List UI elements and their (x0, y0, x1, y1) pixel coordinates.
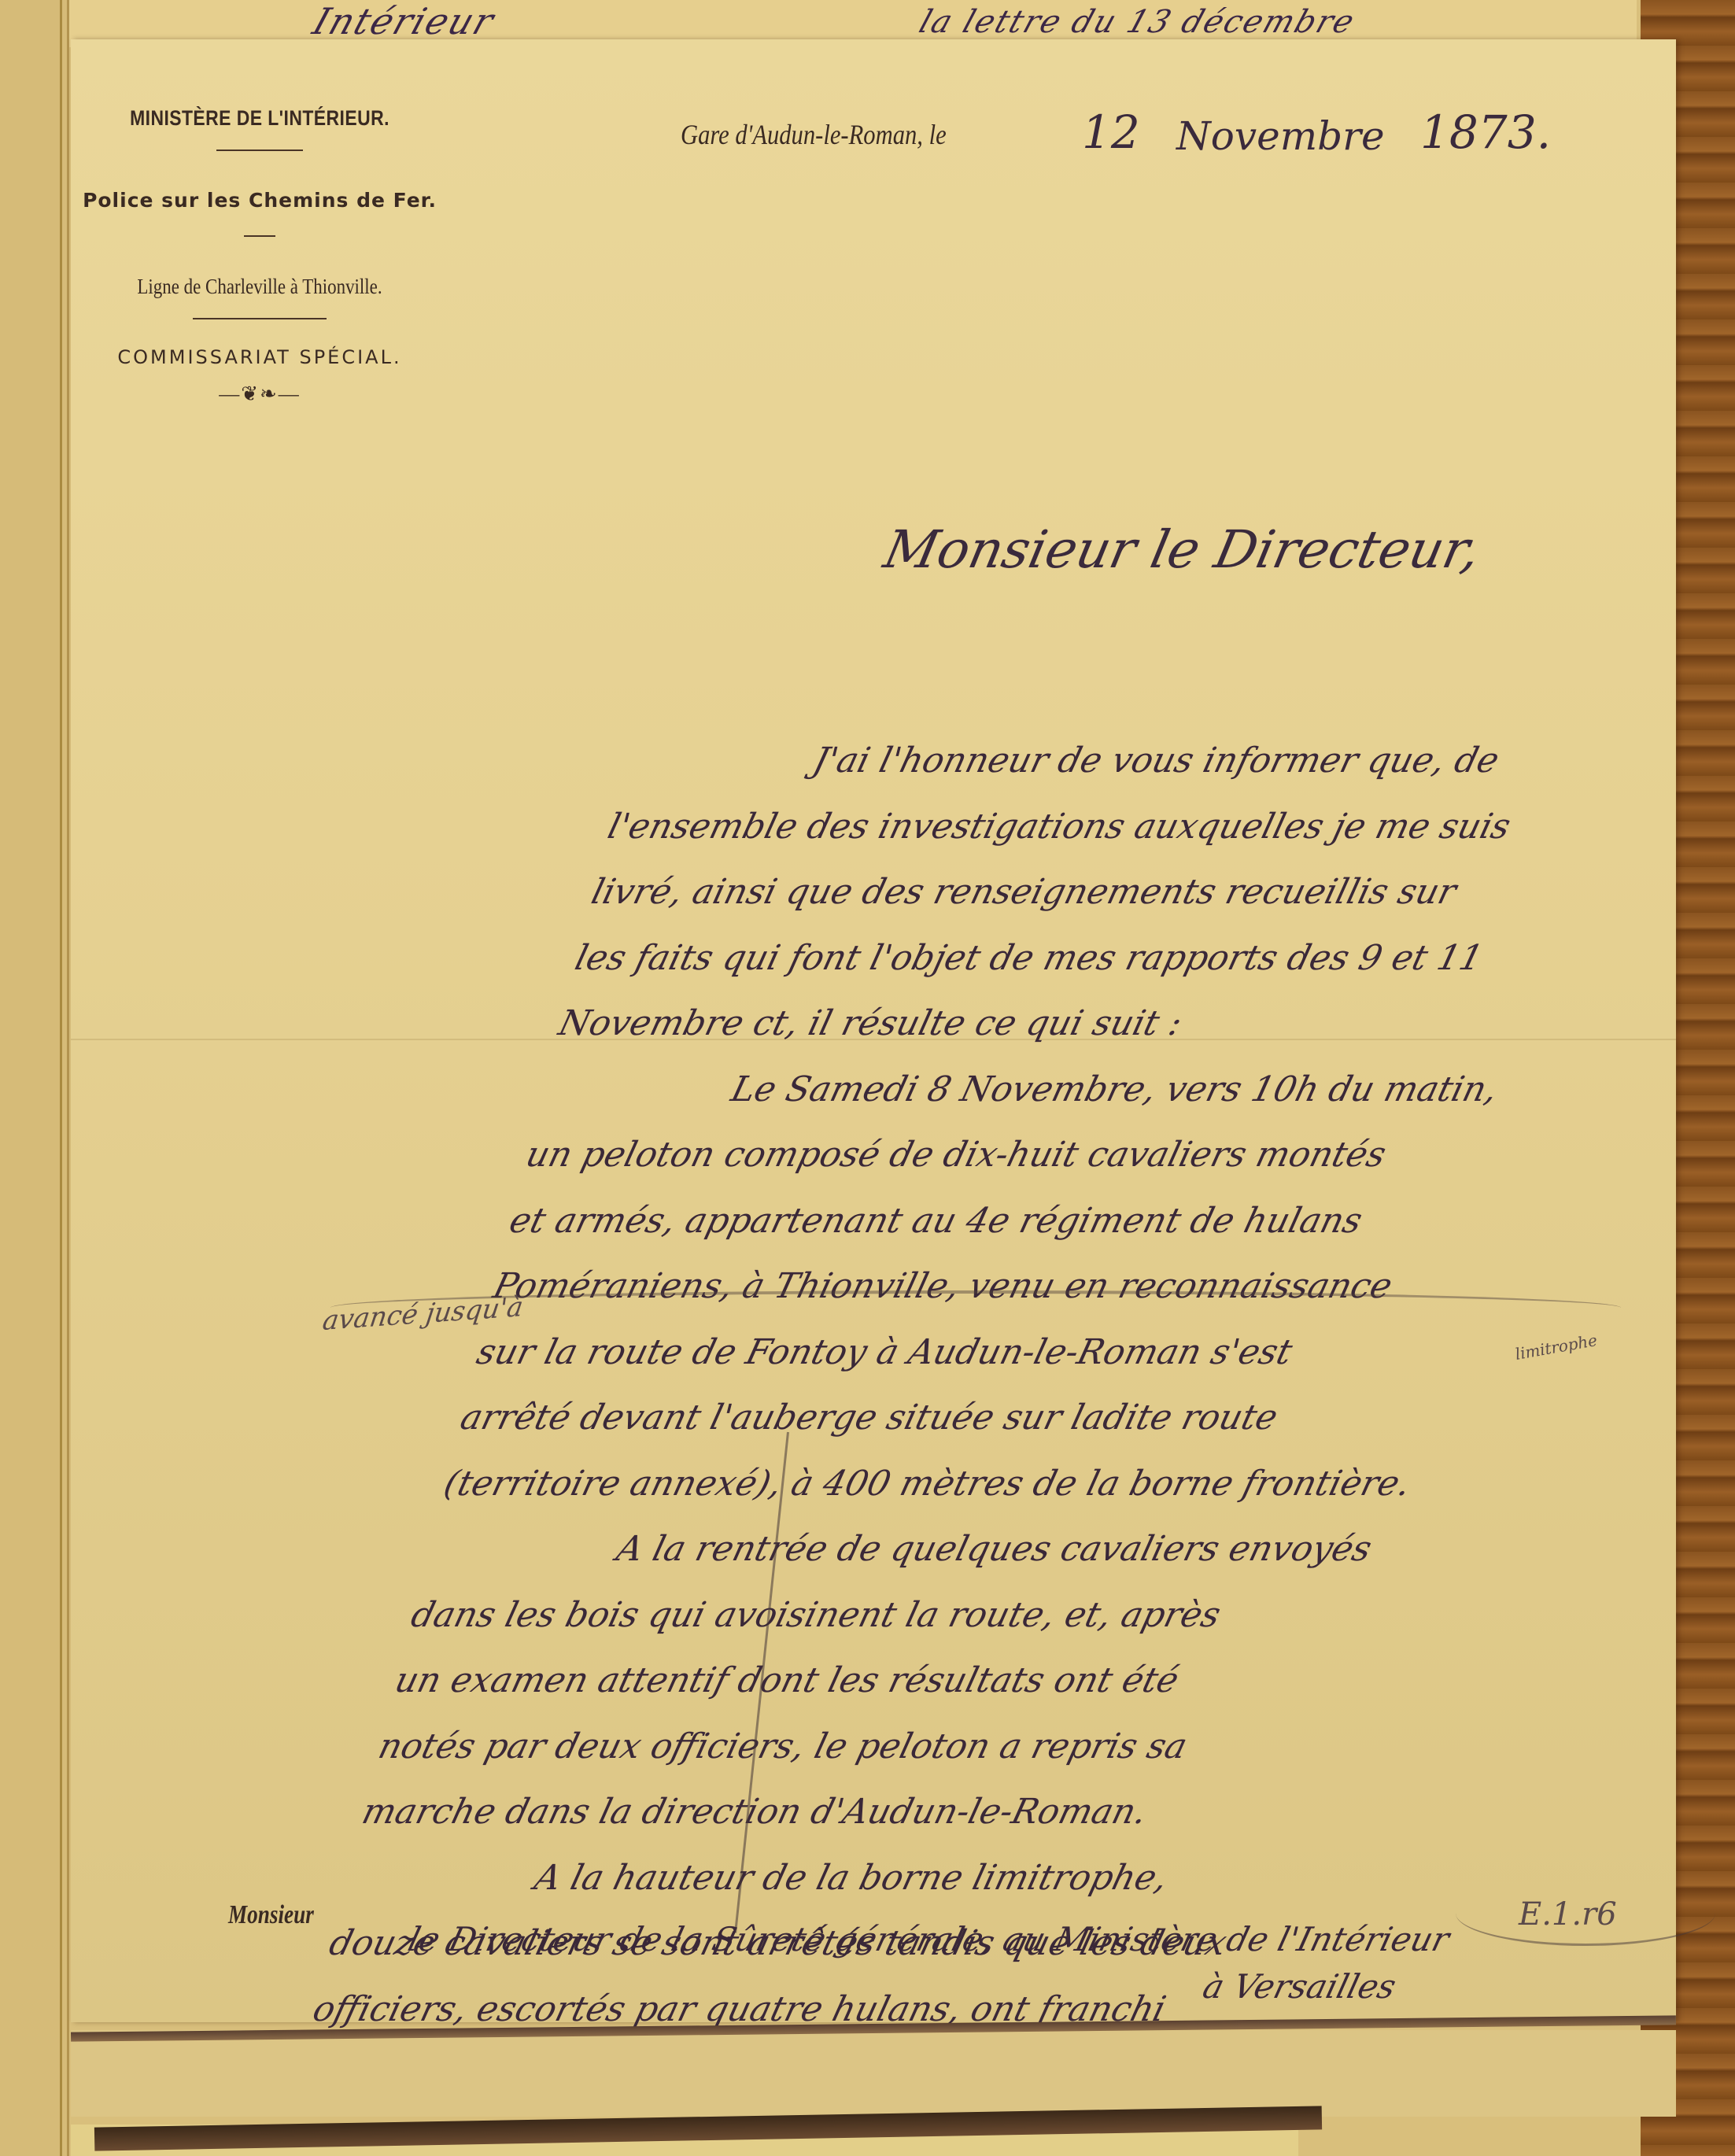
addressee-label: Monsieur (228, 1900, 314, 1930)
salutation: Monsieur le Directeur, (879, 519, 1486, 580)
body-line: un peloton composé de dix-huit cavaliers… (519, 1122, 1558, 1188)
body-line: dans les bois qui avoisinent la route, e… (404, 1582, 1444, 1648)
body-line: un examen attentif dont les résultats on… (388, 1648, 1427, 1714)
reference-code: E.1.r6 (1519, 1896, 1617, 1933)
body-line: (territoire annexé), à 400 mètres de la … (437, 1451, 1476, 1517)
letterhead: MINISTÈRE DE L'INTÉRIEUR. Police sur les… (71, 67, 449, 406)
letterhead-line: Ligne de Charleville à Thionville. (99, 275, 420, 299)
binding-crease (60, 0, 62, 2156)
body-line: et armés, appartenant au 4e régiment de … (502, 1188, 1541, 1254)
background-handwriting-left: Intérieur (308, 0, 500, 42)
date-day: 12 (1082, 105, 1140, 159)
date-year: 1873. (1420, 105, 1551, 159)
body-line: A la hauteur de la borne limitrophe, (338, 1845, 1378, 1911)
place-printed: Gare d'Audun-le-Roman, le (681, 118, 947, 151)
date-month: Novembre (1176, 113, 1385, 159)
body-line: l'ensemble des investigations auxquelles… (600, 794, 1640, 860)
body-line: Le Samedi 8 Novembre, vers 10h du matin, (535, 1057, 1574, 1123)
letterhead-office: COMMISSARIAT SPÉCIAL. (71, 346, 449, 368)
addressee-city: à Versailles (1199, 1967, 1400, 2006)
body-line: sur la route de Fontoy à Audun-le-Roman … (470, 1320, 1509, 1386)
place-date: Gare d'Audun-le-Roman, le 12 Novembre 18… (681, 118, 993, 151)
left-binding-edge (0, 0, 69, 2156)
body-line: J'ai l'honneur de vous informer que, de (617, 728, 1656, 794)
letterhead-rule (216, 150, 303, 151)
letterhead-department: Police sur les Chemins de Fer. (71, 189, 449, 212)
ornament-icon: —❦❧— (71, 382, 449, 406)
body-line: livré, ainsi que des renseignements recu… (585, 859, 1624, 925)
body-line: Novembre ct, il résulte ce qui suit : (552, 991, 1591, 1057)
letterhead-rule-short (244, 235, 275, 237)
body-line: notés par deux officiers, le peloton a r… (371, 1714, 1411, 1780)
background-handwriting-right: la lettre du 13 décembre (915, 4, 1360, 40)
letterhead-ministry: MINISTÈRE DE L'INTÉRIEUR. (99, 106, 420, 131)
body-line: arrêté devant l'auberge située sur ladit… (453, 1385, 1493, 1451)
body-line: A la rentrée de quelques cavaliers envoy… (420, 1516, 1460, 1582)
underlying-sheet (71, 2030, 1676, 2117)
letterhead-rule-long (193, 318, 327, 319)
body-line: les faits qui font l'objet de mes rappor… (568, 925, 1608, 991)
body-line: marche dans la direction d'Audun-le-Roma… (355, 1779, 1394, 1845)
